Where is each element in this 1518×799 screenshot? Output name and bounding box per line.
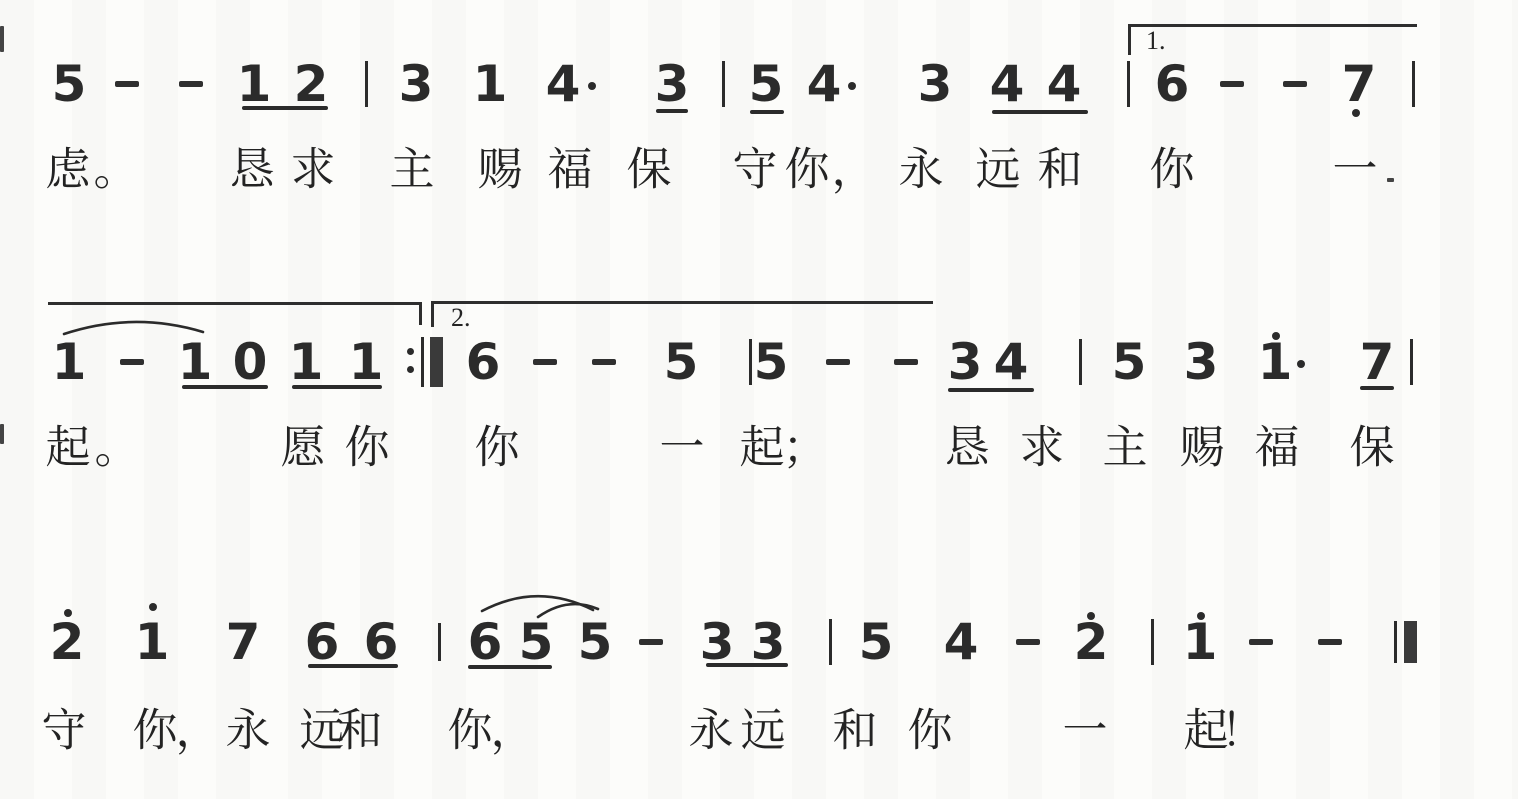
beam-underline — [468, 665, 552, 669]
lyric-char: 福 — [547, 148, 592, 193]
lyric-char: 保 — [626, 148, 671, 193]
note-digit: 1 — [473, 59, 508, 109]
barline — [365, 61, 368, 107]
slur-tie-arc — [482, 596, 593, 611]
lyric-char: 远 — [975, 148, 1020, 193]
note-digit: 1 — [52, 337, 87, 387]
lyric-char: 永 — [898, 148, 943, 193]
lyric-char: 你 — [1149, 148, 1194, 193]
lyric-char: 主 — [1102, 426, 1147, 471]
slur-ties-layer — [0, 0, 1518, 799]
barline — [1079, 339, 1082, 385]
note-digit: 6 — [466, 337, 501, 387]
lyric-char: 和 — [337, 709, 382, 754]
repeat-thick-barline — [430, 337, 443, 387]
lyric-char: 一 — [1062, 709, 1107, 754]
lyric-char: 虑 — [45, 148, 90, 193]
duration-dot — [848, 82, 856, 90]
note-digit: 7 — [226, 617, 261, 667]
duration-dot — [1297, 360, 1305, 368]
beam-underline — [948, 388, 1034, 392]
volta-bracket-tick — [1128, 24, 1131, 55]
beam-underline — [750, 110, 784, 114]
note-digit: 5 — [519, 617, 554, 667]
note-digit: 2 — [1074, 617, 1109, 667]
lyric-char: 愿 — [280, 426, 325, 471]
note-digit: 4 — [944, 617, 979, 667]
final-thick-barline — [1404, 621, 1417, 663]
dash-sustain — [179, 81, 203, 87]
volta-bracket-tick — [419, 302, 422, 325]
repeat-dot — [407, 348, 414, 355]
beam-underline — [1360, 386, 1394, 390]
lyric-char: 赐 — [1179, 426, 1224, 471]
beam-underline — [242, 106, 328, 110]
beam-underline — [182, 385, 268, 389]
lyric-char: 一 — [659, 426, 704, 471]
lyric-char: 福 — [1254, 426, 1299, 471]
note-digit: 5 — [749, 59, 784, 109]
note-digit: 2 — [294, 59, 329, 109]
dash-sustain — [1220, 81, 1244, 87]
barline — [1412, 61, 1415, 107]
note-digit: 1 — [237, 59, 272, 109]
dash-sustain — [1249, 639, 1273, 645]
octave-dot — [64, 609, 72, 617]
barline — [829, 619, 832, 665]
note-digit: 1 — [349, 337, 384, 387]
dash-sustain — [894, 359, 918, 365]
note-digit: 6 — [364, 617, 399, 667]
note-digit: 4 — [990, 59, 1025, 109]
lyric-char: 。 — [93, 148, 138, 193]
lyric-char: 。 — [94, 426, 139, 471]
final-thin-barline — [1394, 621, 1397, 663]
duration-dot — [588, 82, 596, 90]
dash-sustain — [1318, 639, 1342, 645]
repeat-dot — [407, 366, 414, 373]
volta-bracket-tick — [431, 301, 434, 327]
lyric-char: 你 — [344, 426, 389, 471]
lyric-char: 你 — [474, 426, 519, 471]
lyric-char: 永 — [688, 709, 733, 754]
octave-dot — [1197, 612, 1205, 620]
note-digit: 5 — [859, 617, 894, 667]
note-digit: 5 — [52, 59, 87, 109]
beam-underline — [992, 110, 1088, 114]
dash-sustain — [115, 81, 139, 87]
note-digit: 6 — [1155, 59, 1190, 109]
note-digit: 4 — [1047, 59, 1082, 109]
lyric-char: 赐 — [477, 148, 522, 193]
lyric-char: ， — [831, 148, 876, 193]
dash-sustain — [592, 359, 616, 365]
repeat-thin-barline — [421, 337, 424, 387]
dash-sustain — [826, 359, 850, 365]
note-digit: 3 — [399, 59, 434, 109]
note-digit: 5 — [1112, 337, 1147, 387]
volta-bracket-line — [48, 302, 421, 305]
note-digit: 3 — [1184, 337, 1219, 387]
lyric-char: 远 — [740, 709, 785, 754]
note-digit: 3 — [700, 617, 735, 667]
dash-sustain — [1016, 639, 1040, 645]
note-digit: 6 — [305, 617, 340, 667]
note-digit: 0 — [233, 337, 268, 387]
dash-sustain — [120, 359, 144, 365]
scan-artifact — [0, 424, 4, 444]
lyric-char: ， — [490, 709, 535, 754]
note-digit: 1 — [1258, 337, 1293, 387]
note-digit: 6 — [468, 617, 503, 667]
lyric-char: 求 — [1019, 426, 1064, 471]
lyric-char: 你 — [784, 148, 829, 193]
dash-sustain — [533, 359, 557, 365]
octave-dot — [1087, 612, 1095, 620]
lyric-char: 一 — [1332, 148, 1377, 193]
note-digit: 3 — [918, 59, 953, 109]
lyric-char: 你 — [447, 709, 492, 754]
lyric-char: 你 — [132, 709, 177, 754]
lyric-char: 恳 — [229, 148, 274, 193]
dash-sustain — [1283, 81, 1307, 87]
lyric-char: 起 — [739, 426, 784, 471]
scan-artifact — [1387, 178, 1394, 182]
beam-underline — [656, 109, 688, 113]
beam-underline — [308, 664, 398, 668]
octave-dot — [1352, 109, 1360, 117]
octave-dot — [149, 603, 157, 611]
volta-label: 1. — [1146, 28, 1166, 54]
barline — [722, 61, 725, 107]
barline — [1127, 61, 1130, 107]
note-digit: 4 — [807, 59, 842, 109]
volta-label: 2. — [451, 305, 471, 331]
lyric-char: 保 — [1349, 426, 1394, 471]
note-digit: 5 — [578, 617, 613, 667]
note-digit: 2 — [50, 617, 85, 667]
barline — [438, 623, 441, 661]
note-digit: 4 — [546, 59, 581, 109]
lyric-char: 和 — [832, 709, 877, 754]
lyric-char: 起 — [45, 426, 90, 471]
lyric-char: ； — [782, 426, 827, 471]
lyric-char: 你 — [907, 709, 952, 754]
note-digit: 3 — [751, 617, 786, 667]
lyric-char: 求 — [290, 148, 335, 193]
note-digit: 3 — [655, 59, 690, 109]
lyric-char: ！ — [1220, 709, 1265, 754]
sheet-music-page: 51231435434467虑。恳求主赐福保守你，永远和你一1101165534… — [0, 0, 1518, 799]
beam-underline — [292, 385, 382, 389]
dash-sustain — [639, 639, 663, 645]
barline — [1151, 619, 1154, 665]
note-digit: 7 — [1360, 337, 1395, 387]
note-digit: 1 — [289, 337, 324, 387]
volta-bracket-line — [1128, 24, 1417, 27]
note-digit: 1 — [1183, 617, 1218, 667]
note-digit: 7 — [1342, 59, 1377, 109]
lyric-char: 守 — [41, 709, 86, 754]
lyric-char: 永 — [225, 709, 270, 754]
note-digit: 5 — [664, 337, 699, 387]
note-digit: 5 — [754, 337, 789, 387]
lyric-char: 守 — [732, 148, 777, 193]
octave-dot — [1272, 332, 1280, 340]
beam-underline — [706, 663, 788, 667]
note-digit: 4 — [994, 337, 1029, 387]
note-digit: 3 — [948, 337, 983, 387]
lyric-char: 主 — [389, 148, 434, 193]
note-digit: 1 — [178, 337, 213, 387]
lyric-char: 恳 — [944, 426, 989, 471]
lyric-char: ， — [175, 709, 220, 754]
lyric-char: 和 — [1037, 148, 1082, 193]
barline — [1410, 339, 1413, 385]
scan-artifact — [0, 26, 4, 52]
volta-bracket-line — [431, 301, 933, 304]
barline — [749, 339, 752, 385]
note-digit: 1 — [135, 617, 170, 667]
